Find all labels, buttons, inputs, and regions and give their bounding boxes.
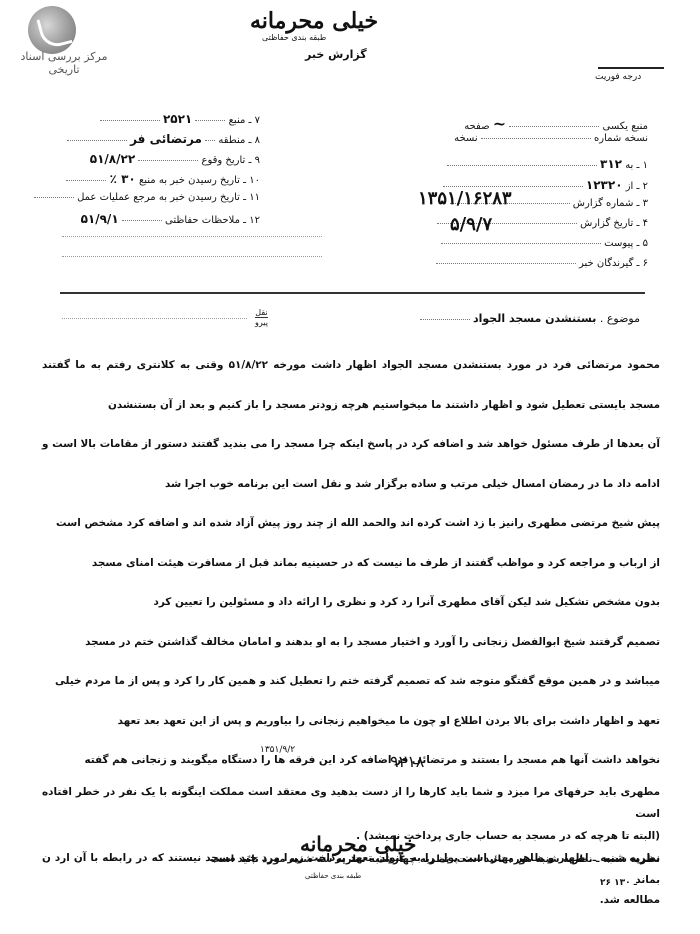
body-line: از ارباب و مراجعه کرد و مواظب گفتند از ط…: [42, 544, 660, 584]
field-dots: [100, 119, 160, 121]
archive-watermark-label: مرکز بررسی اسناد تاریخی: [4, 50, 124, 76]
page-mark-bottom: پیرو: [255, 318, 268, 327]
classification-stamp-bottom: خیلی محرمانه: [300, 832, 416, 856]
field-label: ۴ ـ تاریخ گزارش: [580, 218, 648, 229]
field-security-notes: ۱۲ ـ ملاحظات حفاظتی ۵۱/۹/۱: [81, 212, 260, 226]
field-region: ۸ ـ منطقه مرتضائی فر: [67, 132, 260, 146]
field-suffix: صفحه: [464, 121, 489, 132]
field-label: ۱۰ ـ تاریخ رسیدن خبر به منبع: [139, 175, 260, 186]
handwritten-annotation-number: ۹۲۱۸: [390, 752, 424, 771]
subject-label: موضوع: [607, 312, 640, 325]
field-label: ۲ ـ از: [626, 181, 648, 192]
field-dots: [441, 242, 601, 244]
field-value: ۵۱/۸/۲۲: [90, 152, 135, 166]
header-divider: [60, 292, 645, 294]
report-body: محمود مرتضائی فرد در مورد بستنشدن مسجد ا…: [42, 346, 660, 909]
body-line: پیش شیخ مرتضی مطهری رانیز با زد اشت کرده…: [42, 504, 660, 544]
field-label: ۳ ـ شماره گزارش: [573, 198, 648, 209]
field-label: نسخه شماره: [594, 133, 648, 144]
body-line: بدون مشخص تشکیل شد لیکن آقای مطهری آنرا …: [42, 583, 660, 623]
priority-divider: [598, 67, 664, 69]
field-dots: [34, 196, 74, 198]
field-dots: [67, 139, 127, 141]
body-line: آن بعدها از طرف مسئول خواهد شد و اضافه ک…: [42, 425, 660, 504]
blank-line: [62, 236, 322, 237]
field-dots: [447, 164, 597, 166]
handwritten-report-date: ۵/۹/۷: [450, 214, 492, 235]
body-line: نخواهد داشت آنها هم مسجد را بستند و مرتض…: [42, 741, 660, 781]
closing-remarks: نظریه شنبه ـ نظریه شنبه مورد تائید است. …: [42, 854, 660, 865]
field-value: ۳۰ ٪: [110, 172, 136, 186]
field-value: ۵۱/۹/۱: [81, 212, 119, 226]
field-copy-number: نسخه شماره نسخه: [454, 133, 648, 144]
body-line: تعهد و اظهار داشت برای بالا بردن اطلاع ا…: [42, 702, 660, 742]
field-dots: [420, 318, 470, 320]
page-mark: نقل پیرو: [255, 308, 268, 327]
field-label: ۱۱ ـ تاریخ رسیدن خبر به مرجع عملیات عمل: [77, 192, 260, 203]
field-received-by-ops: ۱۱ ـ تاریخ رسیدن خبر به مرجع عملیات عمل: [34, 192, 260, 203]
field-dots: [138, 159, 198, 161]
field-value: ۱۲۳۲۰: [586, 178, 623, 192]
field-suffix: نسخه: [454, 133, 478, 144]
field-label: ۹ ـ تاریخ وقوع: [202, 155, 260, 166]
field-value: ۲۵۲۱: [163, 112, 192, 126]
body-line: مطالعه شد.: [42, 891, 660, 909]
body-line: محمود مرتضائی فرد در مورد بستنشدن مسجد ا…: [42, 346, 660, 425]
field-received-by-source: ۱۰ ـ تاریخ رسیدن خبر به منبع ۳۰ ٪: [66, 172, 260, 186]
body-line: میباشد و در همین موقع گفتگو متوجه شد که …: [42, 662, 660, 702]
archive-logo-icon: [28, 6, 76, 54]
blank-line: [62, 256, 322, 257]
field-dots: [205, 139, 215, 141]
field-occurrence-date: ۹ ـ تاریخ وقوع ۵۱/۸/۲۲: [90, 152, 260, 166]
blank-line: [62, 318, 247, 319]
field-label: ۱۲ ـ ملاحظات حفاظتی: [165, 215, 260, 226]
field-dots: [122, 219, 162, 221]
subject-value: بستنشدن مسجد الجواد: [473, 312, 596, 325]
field-dots: [509, 125, 599, 127]
body-line: تصمیم گرفتند شیخ ابوالفضل زنجانی را آورد…: [42, 623, 660, 663]
field-label: ۸ ـ منطقه: [218, 135, 260, 146]
field-source: ۷ ـ منبع ۲۵۲۱: [100, 112, 260, 126]
classification-sub: طبقه بندی حفاظتی: [262, 33, 326, 42]
field-dots: [443, 185, 583, 187]
field-to: ۱ ـ به ۳۱۲: [447, 157, 648, 171]
body-line: مطهری باید حرفهای مرا میزد و شما باید کا…: [42, 781, 660, 825]
subject-line: موضوع . بستنشدن مسجد الجواد: [420, 312, 641, 325]
classification-stamp: خیلی محرمانه: [250, 8, 378, 34]
field-dots: [436, 262, 576, 264]
classification-sub-bottom: طبقه بندی حفاظتی: [305, 872, 361, 880]
field-label: ۷ ـ منبع: [229, 115, 260, 126]
field-attachment: ۵ ـ پیوست: [441, 238, 648, 249]
field-recipients: ۶ ـ گیرندگان خبر: [436, 258, 648, 269]
field-dots: [481, 137, 591, 139]
field-label: ۶ ـ گیرندگان خبر: [579, 258, 648, 269]
page-mark-top: نقل: [255, 308, 268, 318]
form-code: ۲۶ ـ ۱۳۰: [600, 878, 637, 888]
handwritten-annotation-date: ۱۳۵۱/۹/۲: [260, 745, 295, 755]
field-label: ۵ ـ پیوست: [604, 238, 648, 249]
field-value: ۳۱۲: [600, 157, 622, 171]
handwritten-report-number: ۱۳۵۱/۱۶۲۸۳: [418, 188, 512, 209]
field-dots: [195, 119, 225, 121]
document-title: گزارش خبر: [305, 48, 367, 61]
priority-label: درجه فوریت: [595, 72, 641, 82]
field-label: ۱ ـ به: [625, 160, 648, 171]
field-label: منبع یکسی: [603, 121, 648, 132]
field-dots: [66, 179, 106, 181]
handwritten-mark: ~: [493, 114, 506, 133]
field-source-page: منبع یکسی ~ صفحه: [464, 114, 648, 133]
field-value: مرتضائی فر: [130, 132, 202, 146]
